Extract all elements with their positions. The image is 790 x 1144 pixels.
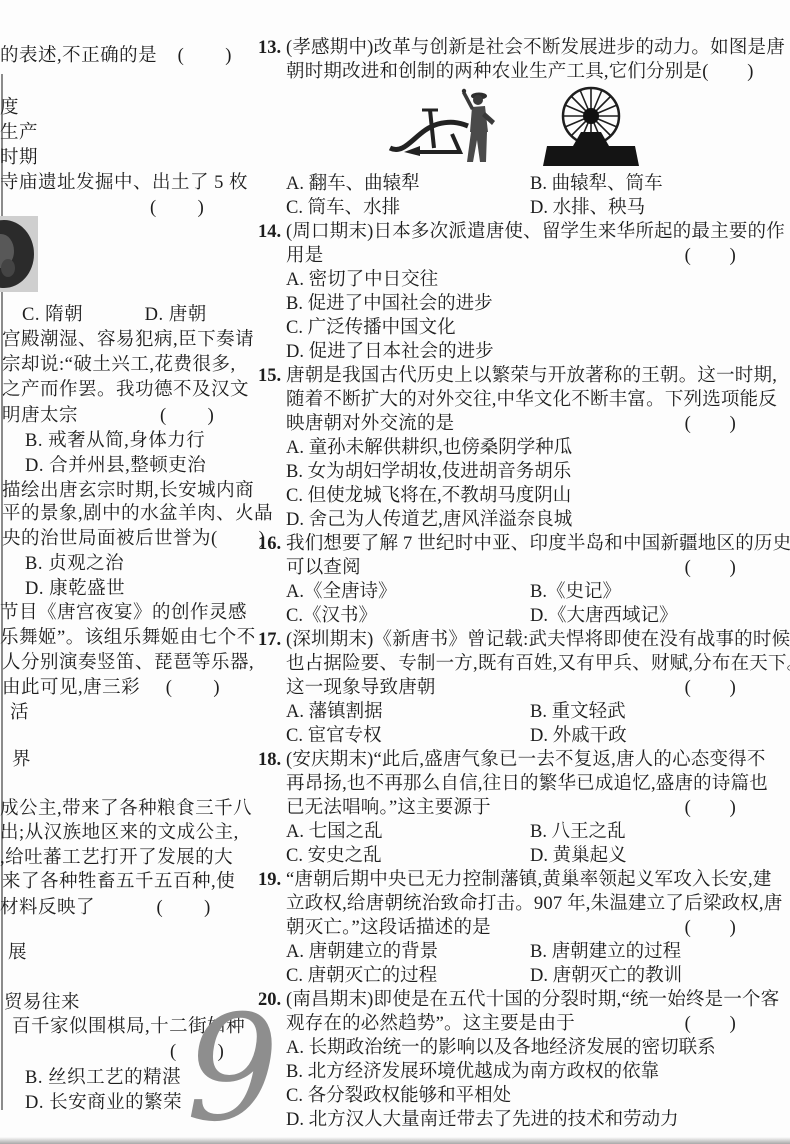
- question-stem-line: 也占据险要、专制一方,既有百姓,又有甲兵、财赋,分布在天下。: [286, 652, 750, 676]
- question-stem-line: 用是( ): [286, 244, 750, 268]
- option-a: A. 长期政治统一的影响以及各地经济发展的密切联系: [286, 1036, 750, 1060]
- question-stem-line: 立政权,给唐朝统治致命打击。907 年,朱温建立了后梁政权,唐: [286, 892, 750, 916]
- option-row: A. 藩镇割据B. 重文轻武: [286, 700, 750, 724]
- left-fragment-line: B. 戒奢从简,身体力行: [25, 429, 205, 453]
- question-stem-line: (安庆期末)“此后,盛唐气象已一去不复返,唐人的心态变得不: [286, 748, 750, 772]
- question-stem-line: 随着不断扩大的对外交往,中华文化不断丰富。下列选项能反: [286, 388, 750, 412]
- left-fragment-line: 宫殿潮湿、容易犯病,臣下奏请: [2, 328, 254, 352]
- stem-text: 唐朝是我国古代历史上以繁荣与开放著称的王朝。这一时期,: [286, 364, 777, 388]
- left-fragment-line: D. 长安商业的繁荣: [25, 1091, 182, 1115]
- stem-text: “唐朝后期中央已无力控制藩镇,黄巢率领起义军攻入长安,建: [286, 868, 772, 892]
- question-number: 17.: [258, 628, 281, 652]
- option-row: C.《汉书》D.《大唐西域记》: [286, 604, 750, 628]
- left-fragment-line: 贸易往来: [4, 991, 80, 1015]
- left-fragment-line: 节目《唐宫夜宴》的创作灵感: [0, 601, 247, 625]
- tongche-waterwheel-image: [541, 84, 641, 168]
- coin-photo: [0, 216, 38, 298]
- question-stem-line: (周口期末)日本多次派遣唐使、留学生来华所起的最主要的作: [286, 220, 750, 244]
- stem-text: 这一现象导致唐朝: [286, 676, 436, 700]
- question-16: 16. 我们想要了解 7 世纪时中亚、印度半岛和中国新疆地区的历史, 可以查阅(…: [258, 532, 750, 628]
- quyuanli-plow-image: [386, 88, 514, 168]
- option-b: B. 女为胡妇学胡妆,伎进胡音务胡乐: [286, 460, 750, 484]
- stem-text: 朝时期改进和创制的两种农业生产工具,它们分别是: [286, 60, 702, 84]
- question-number: 15.: [258, 364, 281, 388]
- question-number: 18.: [258, 748, 281, 772]
- answer-bracket: ( ): [685, 556, 750, 580]
- question-stem-line: 我们想要了解 7 世纪时中亚、印度半岛和中国新疆地区的历史,: [286, 532, 750, 556]
- answer-bracket: ( ): [702, 60, 767, 84]
- question-stem-line: “唐朝后期中央已无力控制藩镇,黄巢率领起义军攻入长安,建: [286, 868, 750, 892]
- question-13: 13. (孝感期中)改革与创新是社会不断发展进步的动力。如图是唐 朝时期改进和创…: [258, 36, 750, 220]
- left-fragment-line: 成公主,带来了各种粮食三千八: [0, 797, 252, 821]
- page-number: 9: [186, 996, 279, 1142]
- question-20: 20. (南昌期末)即使是在五代十国的分裂时期,“统一始终是一个客 观存在的必然…: [258, 988, 750, 1132]
- left-fragment-line: 的表述,不正确的是 ( ): [0, 44, 232, 68]
- question-stem-line: 映唐朝对外交流的是( ): [286, 412, 750, 436]
- exam-page: 的表述,不正确的是 ( ) 度 生产 时期 寺庙遗址发掘中、出土了 5 枚 ( …: [0, 0, 790, 1144]
- option-row: A. 七国之乱B. 八王之乱: [286, 820, 750, 844]
- stem-text: (安庆期末)“此后,盛唐气象已一去不复返,唐人的心态变得不: [286, 748, 766, 772]
- stem-text: 立政权,给唐朝统治致命打击。907 年,朱温建立了后梁政权,唐: [286, 892, 782, 916]
- option-row: A. 唐朝建立的背景B. 唐朝建立的过程: [286, 940, 750, 964]
- left-fragment-line: 生产: [0, 121, 38, 145]
- left-fragment-line: 人分别演奏竖笛、琵琶等乐器,: [2, 651, 254, 675]
- left-fragment-line: 材料反映了 ( ): [0, 896, 211, 920]
- answer-bracket: ( ): [685, 676, 750, 700]
- left-fragment-line: 来了各种牲畜五千五百种,使: [2, 870, 235, 894]
- answer-bracket: ( ): [685, 244, 750, 268]
- answer-bracket: ( ): [685, 796, 750, 820]
- left-fragment-line: 活: [10, 701, 29, 725]
- option-row: C. 筒车、水排D. 水排、秧马: [286, 196, 750, 220]
- question-stem-line: 已无法唱响。”这主要源于( ): [286, 796, 750, 820]
- option-b: B. 八王之乱: [530, 820, 626, 844]
- left-fragment-line: 界: [12, 748, 31, 772]
- stem-text: 观存在的必然趋势”。这主要是由于: [286, 1012, 575, 1036]
- stem-text: 再昂扬,也不再那么自信,往日的繁华已成追忆,盛唐的诗篇也: [286, 772, 768, 796]
- option-b: B. 重文轻武: [530, 700, 626, 724]
- option-d: D.《大唐西域记》: [530, 604, 678, 628]
- question-17: 17. (深圳期末)《新唐书》曾记载:武夫悍将即使在没有战事的时候 也占据险要、…: [258, 628, 750, 748]
- option-d: D. 北方汉人大量南迁带去了先进的技术和劳动力: [286, 1108, 750, 1132]
- option-row: A.《全唐诗》B.《史记》: [286, 580, 750, 604]
- left-fragment-line: 平的景象,剧中的水盆羊肉、火晶: [2, 502, 273, 526]
- question-13-figures: [286, 84, 750, 172]
- left-fragment-line: 描绘出唐玄宗时期,长安城内商: [2, 479, 254, 503]
- left-fragment-line: B. 贞观之治: [25, 552, 124, 576]
- left-fragment-line: 乐舞姬”。该组乐舞姬由七个不: [0, 626, 256, 650]
- option-c: C. 广泛传播中国文化: [286, 316, 750, 340]
- question-14: 14. (周口期末)日本多次派遣唐使、留学生来华所起的最主要的作 用是( ) A…: [258, 220, 750, 364]
- option-a: A. 藩镇割据: [286, 700, 530, 724]
- question-number: 14.: [258, 220, 281, 244]
- left-column: 的表述,不正确的是 ( ) 度 生产 时期 寺庙遗址发掘中、出土了 5 枚 ( …: [0, 0, 252, 1144]
- option-c: C. 各分裂政权能够和平相处: [286, 1084, 750, 1108]
- left-fragment-line: 宗却说:“破土兴工,花费很多,: [2, 353, 236, 377]
- left-fragment-line: 央的治世局面被后世誉为( ): [2, 527, 265, 551]
- left-fragment-line: 明唐太宗 ( ): [2, 404, 214, 428]
- left-fragment-line: C. 隋朝 D. 唐朝: [22, 303, 207, 327]
- answer-bracket: ( ): [685, 1012, 750, 1036]
- question-stem-line: (南昌期末)即使是在五代十国的分裂时期,“统一始终是一个客: [286, 988, 750, 1012]
- question-19: 19. “唐朝后期中央已无力控制藩镇,黄巢率领起义军攻入长安,建 立政权,给唐朝…: [258, 868, 750, 988]
- stem-text: (深圳期末)《新唐书》曾记载:武夫悍将即使在没有战事的时候: [286, 628, 790, 652]
- question-stem-line: 唐朝是我国古代历史上以繁荣与开放著称的王朝。这一时期,: [286, 364, 750, 388]
- left-fragment-line: 寺庙遗址发掘中、出土了 5 枚: [0, 171, 248, 195]
- option-d: D. 促进了日本社会的进步: [286, 340, 750, 364]
- question-number: 13.: [258, 36, 281, 60]
- option-a: A. 翻车、曲辕犁: [286, 172, 530, 196]
- page-bottom-shadow: [0, 1137, 790, 1144]
- question-number: 19.: [258, 868, 281, 892]
- option-c: C. 唐朝灭亡的过程: [286, 964, 530, 988]
- left-fragment-line: ,给吐蕃工艺打开了发展的大: [0, 846, 233, 870]
- left-fragment-line: D. 合并州县,整顿吏治: [25, 454, 206, 478]
- option-a: A.《全唐诗》: [286, 580, 530, 604]
- question-15: 15. 唐朝是我国古代历史上以繁荣与开放著称的王朝。这一时期, 随着不断扩大的对…: [258, 364, 750, 532]
- option-c: C. 筒车、水排: [286, 196, 530, 220]
- question-stem-line: 可以查阅( ): [286, 556, 750, 580]
- option-b: B. 唐朝建立的过程: [530, 940, 681, 964]
- stem-text: 朝灭亡。”这段话描述的是: [286, 916, 491, 940]
- question-stem-line: (孝感期中)改革与创新是社会不断发展进步的动力。如图是唐: [286, 36, 750, 60]
- right-column: 13. (孝感期中)改革与创新是社会不断发展进步的动力。如图是唐 朝时期改进和创…: [258, 36, 750, 1132]
- stem-text: (孝感期中)改革与创新是社会不断发展进步的动力。如图是唐: [286, 36, 785, 60]
- option-d: D. 黄巢起义: [530, 844, 627, 868]
- left-fragment-line: 之产而作罢。我功德不及汉文: [2, 378, 249, 402]
- left-fragment-line: B. 丝织工艺的精湛: [25, 1066, 181, 1090]
- left-fragment-line: 由此可见,唐三彩 ( ): [2, 676, 220, 700]
- option-row: C. 安史之乱D. 黄巢起义: [286, 844, 750, 868]
- question-stem-line: 这一现象导致唐朝( ): [286, 676, 750, 700]
- question-stem-line: 朝时期改进和创制的两种农业生产工具,它们分别是( ): [286, 60, 750, 84]
- option-b: B. 北方经济发展环境优越成为南方政权的依靠: [286, 1060, 750, 1084]
- question-stem-line: 再昂扬,也不再那么自信,往日的繁华已成追忆,盛唐的诗篇也: [286, 772, 750, 796]
- option-c: C. 安史之乱: [286, 844, 530, 868]
- option-d: D. 外戚干政: [530, 724, 627, 748]
- option-row: A. 翻车、曲辕犁B. 曲辕犁、筒车: [286, 172, 750, 196]
- answer-bracket: ( ): [685, 412, 750, 436]
- stem-text: 用是: [286, 244, 323, 268]
- stem-text: (周口期末)日本多次派遣唐使、留学生来华所起的最主要的作: [286, 220, 785, 244]
- option-c: C.《汉书》: [286, 604, 530, 628]
- option-c: C. 但使龙城飞将在,不教胡马度阴山: [286, 484, 750, 508]
- option-row: C. 宦官专权D. 外戚干政: [286, 724, 750, 748]
- stem-text: 也占据险要、专制一方,既有百姓,又有甲兵、财赋,分布在天下。: [286, 652, 790, 676]
- option-d: D. 唐朝灭亡的教训: [530, 964, 682, 988]
- coin-image: [0, 216, 38, 292]
- answer-bracket: ( ): [150, 196, 204, 220]
- left-fragment-line: D. 康乾盛世: [25, 577, 125, 601]
- stem-text: (南昌期末)即使是在五代十国的分裂时期,“统一始终是一个客: [286, 988, 779, 1012]
- option-row: C. 唐朝灭亡的过程D. 唐朝灭亡的教训: [286, 964, 750, 988]
- stem-text: 已无法唱响。”这主要源于: [286, 796, 491, 820]
- left-fragment-line: 时期: [0, 146, 38, 170]
- stem-text: 随着不断扩大的对外交往,中华文化不断丰富。下列选项能反: [286, 388, 777, 412]
- option-b: B. 曲辕犁、筒车: [530, 172, 663, 196]
- stem-text: 可以查阅: [286, 556, 361, 580]
- option-c: C. 宦官专权: [286, 724, 530, 748]
- option-d: D. 舍己为人传道艺,唐风洋溢奈良城: [286, 508, 750, 532]
- question-stem-line: 观存在的必然趋势”。这主要是由于( ): [286, 1012, 750, 1036]
- answer-bracket: ( ): [685, 916, 750, 940]
- option-a: A. 密切了中日交往: [286, 268, 750, 292]
- question-18: 18. (安庆期末)“此后,盛唐气象已一去不复返,唐人的心态变得不 再昂扬,也不…: [258, 748, 750, 868]
- option-a: A. 童孙未解供耕织,也傍桑阴学种瓜: [286, 436, 750, 460]
- left-fragment-line: 展: [8, 941, 27, 965]
- option-b: B.《史记》: [530, 580, 621, 604]
- option-a: A. 七国之乱: [286, 820, 530, 844]
- left-fragment-line: 出;从汉族地区来的文成公主,: [0, 821, 239, 845]
- left-fragment-line: 度: [0, 96, 19, 120]
- stem-text: 我们想要了解 7 世纪时中亚、印度半岛和中国新疆地区的历史,: [286, 532, 790, 556]
- question-stem-line: (深圳期末)《新唐书》曾记载:武夫悍将即使在没有战事的时候: [286, 628, 750, 652]
- option-b: B. 促进了中国社会的进步: [286, 292, 750, 316]
- option-a: A. 唐朝建立的背景: [286, 940, 530, 964]
- option-d: D. 水排、秧马: [530, 196, 645, 220]
- question-number: 16.: [258, 532, 281, 556]
- stem-text: 映唐朝对外交流的是: [286, 412, 454, 436]
- question-stem-line: 朝灭亡。”这段话描述的是( ): [286, 916, 750, 940]
